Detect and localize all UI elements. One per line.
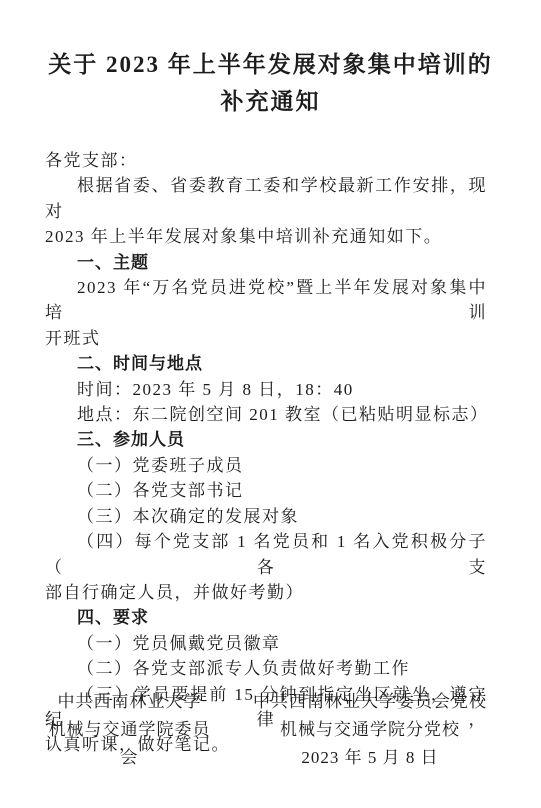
intro-paragraph-line-2: 2023 年上半年发展对象集中培训补充通知如下。 [45,224,487,249]
section-heading-requirements: 四、要求 [45,605,487,630]
participants-item-1: （一）党委班子成员 [45,453,487,478]
intro-paragraph-line-1: 根据省委、省委教育工委和学校最新工作安排，现对 [45,173,487,224]
salutation: 各党支部： [45,148,487,173]
signature-left-line-1: 中共西南林业大学 [42,688,217,716]
signature-date: 2023 年 5 月 8 日 [253,744,487,772]
section-heading-participants: 三、参加人员 [45,427,487,452]
location-line: 地点：东二院创空间 201 教室（已粘贴明显标志） [45,402,487,427]
topic-text-line-2: 开班式 [45,326,487,351]
section-heading-time-place: 二、时间与地点 [45,351,487,376]
signature-right-line-1: 中共西南林业大学委员会党校 [253,688,487,716]
participants-item-4-line-2: 部自行确定人员，并做好考勤） [45,580,487,605]
document-body: 各党支部： 根据省委、省委教育工委和学校最新工作安排，现对 2023 年上半年发… [45,148,487,758]
participants-item-2: （二）各党支部书记 [45,478,487,503]
requirements-item-1: （一）党员佩戴党员徽章 [45,631,487,656]
signature-right-line-2: 机械与交通学院分党校 [253,716,487,744]
document-title-line-1: 关于 2023 年上半年发展对象集中培训的 [48,52,493,77]
topic-text-line-1: 2023 年“万名党员进党校”暨上半年发展对象集中培训 [45,275,487,326]
time-line: 时间：2023 年 5 月 8 日，18：40 [45,377,487,402]
requirements-item-2: （二）各党支部派专人负责做好考勤工作 [45,656,487,681]
participants-item-4-line-1: （四）每个党支部 1 名党员和 1 名入党积极分子（各支 [45,529,487,580]
signature-left: 中共西南林业大学 机械与交通学院委员会 [42,688,217,772]
document-title-line-2: 补充通知 [221,89,321,114]
signature-left-line-2: 机械与交通学院委员会 [42,716,217,772]
participants-item-3: （三）本次确定的发展对象 [45,504,487,529]
notice-document: 关于 2023 年上半年发展对象集中培训的 补充通知 各党支部： 根据省委、省委… [0,0,541,808]
signature-right: 中共西南林业大学委员会党校 机械与交通学院分党校 2023 年 5 月 8 日 [253,688,487,772]
section-heading-topic: 一、主题 [45,250,487,275]
document-title: 关于 2023 年上半年发展对象集中培训的 补充通知 [0,46,541,120]
